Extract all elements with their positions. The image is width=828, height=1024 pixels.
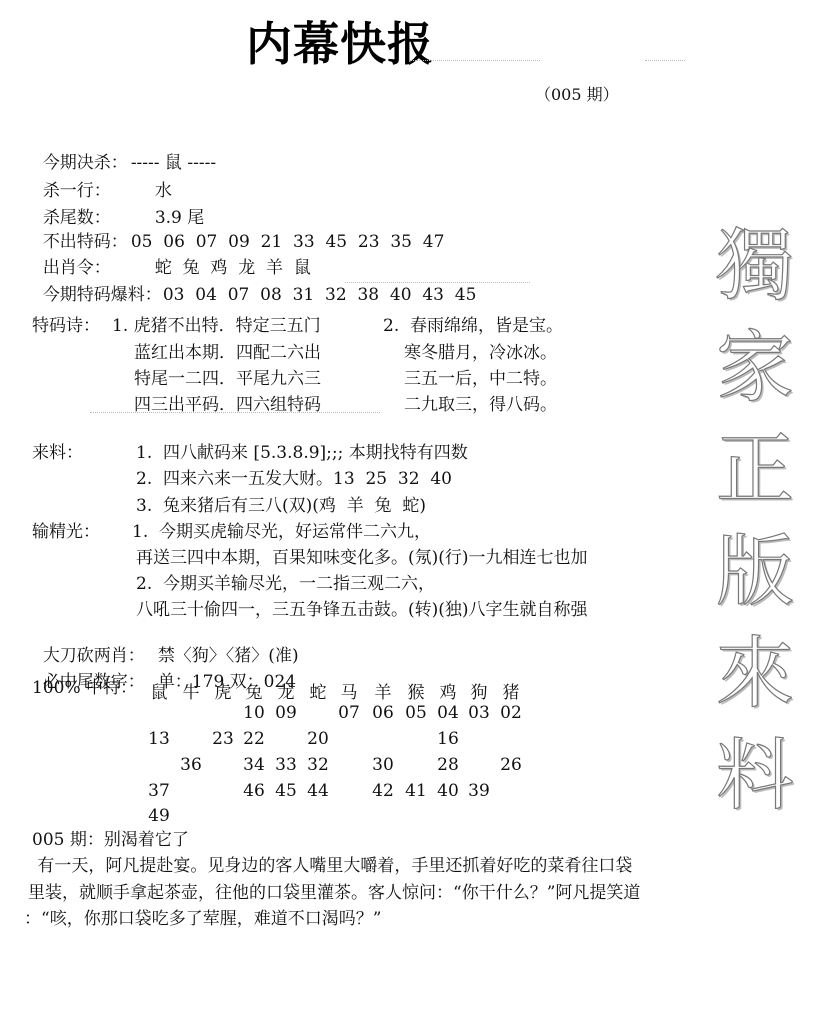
story-title: 005 期：别渴着它了 bbox=[32, 830, 189, 850]
banner-char: 獨 bbox=[716, 215, 794, 317]
zodiac-header: 狗 bbox=[463, 678, 495, 703]
story-line: 有一天，阿凡提赴宴。见身边的客人嘴里大嚼着，手里还抓着好吃的菜肴往口袋 bbox=[32, 856, 632, 876]
banner-char: 家 bbox=[716, 317, 794, 419]
lose-line: 1. 今期买虎输尽光，好运常伴二六九， bbox=[132, 522, 431, 542]
zodiac-number: 37 bbox=[143, 781, 175, 801]
poem-left-line: 1. 虎猪不出特．特定三五门 bbox=[112, 316, 321, 336]
zodiac-header: 蛇 bbox=[302, 678, 334, 703]
zodiac-header: 龙 bbox=[270, 678, 302, 703]
zodiac-header: 虎 bbox=[207, 678, 239, 703]
scan-noise bbox=[345, 280, 530, 283]
zodiac-number: 23 bbox=[207, 729, 239, 749]
poem-right-line: 二九取三，得八码。 bbox=[404, 395, 557, 415]
poem-left-line: 蓝红出本期．四配二六出 bbox=[134, 343, 321, 363]
zodiac-number: 05 bbox=[400, 703, 432, 723]
zodiac-header: 猪 bbox=[495, 678, 527, 703]
fact-special-tips: 今期特码爆料：03 04 07 08 31 32 38 40 43 45 bbox=[32, 265, 476, 305]
scan-noise bbox=[645, 58, 685, 61]
zodiac-table-label: 100% 中特： bbox=[32, 678, 137, 698]
fact-label: 今期特码爆料： bbox=[43, 285, 163, 305]
zodiac-number: 46 bbox=[238, 781, 270, 801]
poem-left-line: 特尾一二四．平尾九六三 bbox=[134, 369, 321, 389]
page-title: 内幕快报 bbox=[246, 8, 434, 74]
zodiac-number: 13 bbox=[143, 729, 175, 749]
fact-value: 03 04 07 08 31 32 38 40 43 45 bbox=[163, 285, 477, 305]
zodiac-header: 猴 bbox=[400, 678, 432, 703]
side-banner: 獨 家 正 版 來 料 bbox=[700, 215, 810, 827]
lose-line: 八吼三十偷四一，三五争锋五击鼓。(转)(独)八字生就自称强 bbox=[136, 600, 588, 620]
zodiac-number: 49 bbox=[143, 806, 175, 826]
lose-line: 再送三四中本期，百果知味变化多。(氖)(行)一九相连七也加 bbox=[136, 548, 588, 568]
banner-char: 正 bbox=[716, 419, 794, 521]
zodiac-number: 16 bbox=[432, 729, 464, 749]
zodiac-header: 兔 bbox=[238, 678, 270, 703]
banner-char: 來 bbox=[716, 623, 794, 725]
zodiac-number: 34 bbox=[238, 755, 270, 775]
poem-right-line: 三五一后，中二特。 bbox=[404, 369, 557, 389]
zodiac-number: 41 bbox=[400, 781, 432, 801]
lose-label: 输精光： bbox=[32, 522, 100, 542]
poem-right-line: 寒冬腊月，冷冰冰。 bbox=[404, 343, 557, 363]
banner-char: 料 bbox=[716, 725, 794, 827]
tips-item: 1. 四八献码来 [5.3.8.9];;; 本期找特有四数 bbox=[136, 443, 468, 463]
zodiac-header: 鼠 bbox=[143, 678, 175, 703]
zodiac-number: 09 bbox=[270, 703, 302, 723]
zodiac-number: 39 bbox=[463, 781, 495, 801]
zodiac-number: 33 bbox=[270, 755, 302, 775]
zodiac-number: 06 bbox=[367, 703, 399, 723]
story-line: ：“咳，你那口袋吃多了荤腥，难道不口渴吗？” bbox=[24, 909, 381, 929]
tips-label: 来料： bbox=[32, 443, 83, 463]
zodiac-number: 30 bbox=[367, 755, 399, 775]
zodiac-number: 40 bbox=[432, 781, 464, 801]
banner-char: 版 bbox=[716, 521, 794, 623]
zodiac-number: 20 bbox=[302, 729, 334, 749]
zodiac-number: 04 bbox=[432, 703, 464, 723]
zodiac-number: 07 bbox=[333, 703, 365, 723]
zodiac-number: 28 bbox=[432, 755, 464, 775]
story-line: 里装，就顺手拿起茶壶，往他的口袋里灌茶。客人惊问：“你干什么？”阿凡提笑道 bbox=[28, 883, 640, 903]
zodiac-header: 牛 bbox=[175, 678, 207, 703]
poem-label: 特码诗： bbox=[32, 316, 100, 336]
zodiac-number: 32 bbox=[302, 755, 334, 775]
scan-noise bbox=[90, 410, 380, 413]
tips-item: 3. 兔来猪后有三八(双)(鸡 羊 兔 蛇) bbox=[136, 496, 426, 516]
zodiac-number: 10 bbox=[238, 703, 270, 723]
zodiac-number: 22 bbox=[238, 729, 270, 749]
zodiac-number: 03 bbox=[463, 703, 495, 723]
zodiac-header: 鸡 bbox=[432, 678, 464, 703]
zodiac-number: 36 bbox=[175, 755, 207, 775]
zodiac-header: 马 bbox=[333, 678, 365, 703]
lose-line: 2. 今期买羊输尽光，一二指三观二六， bbox=[136, 574, 435, 594]
issue-number: （005 期） bbox=[535, 82, 619, 105]
tips-item: 2. 四来六来一五发大财。13 25 32 40 bbox=[136, 469, 452, 489]
scan-noise bbox=[410, 58, 540, 61]
zodiac-header: 羊 bbox=[367, 678, 399, 703]
zodiac-number: 44 bbox=[302, 781, 334, 801]
zodiac-number: 26 bbox=[495, 755, 527, 775]
zodiac-number: 02 bbox=[495, 703, 527, 723]
poem-right-line: 2. 春雨绵绵，皆是宝。 bbox=[383, 316, 563, 336]
zodiac-number: 45 bbox=[270, 781, 302, 801]
zodiac-number: 42 bbox=[367, 781, 399, 801]
